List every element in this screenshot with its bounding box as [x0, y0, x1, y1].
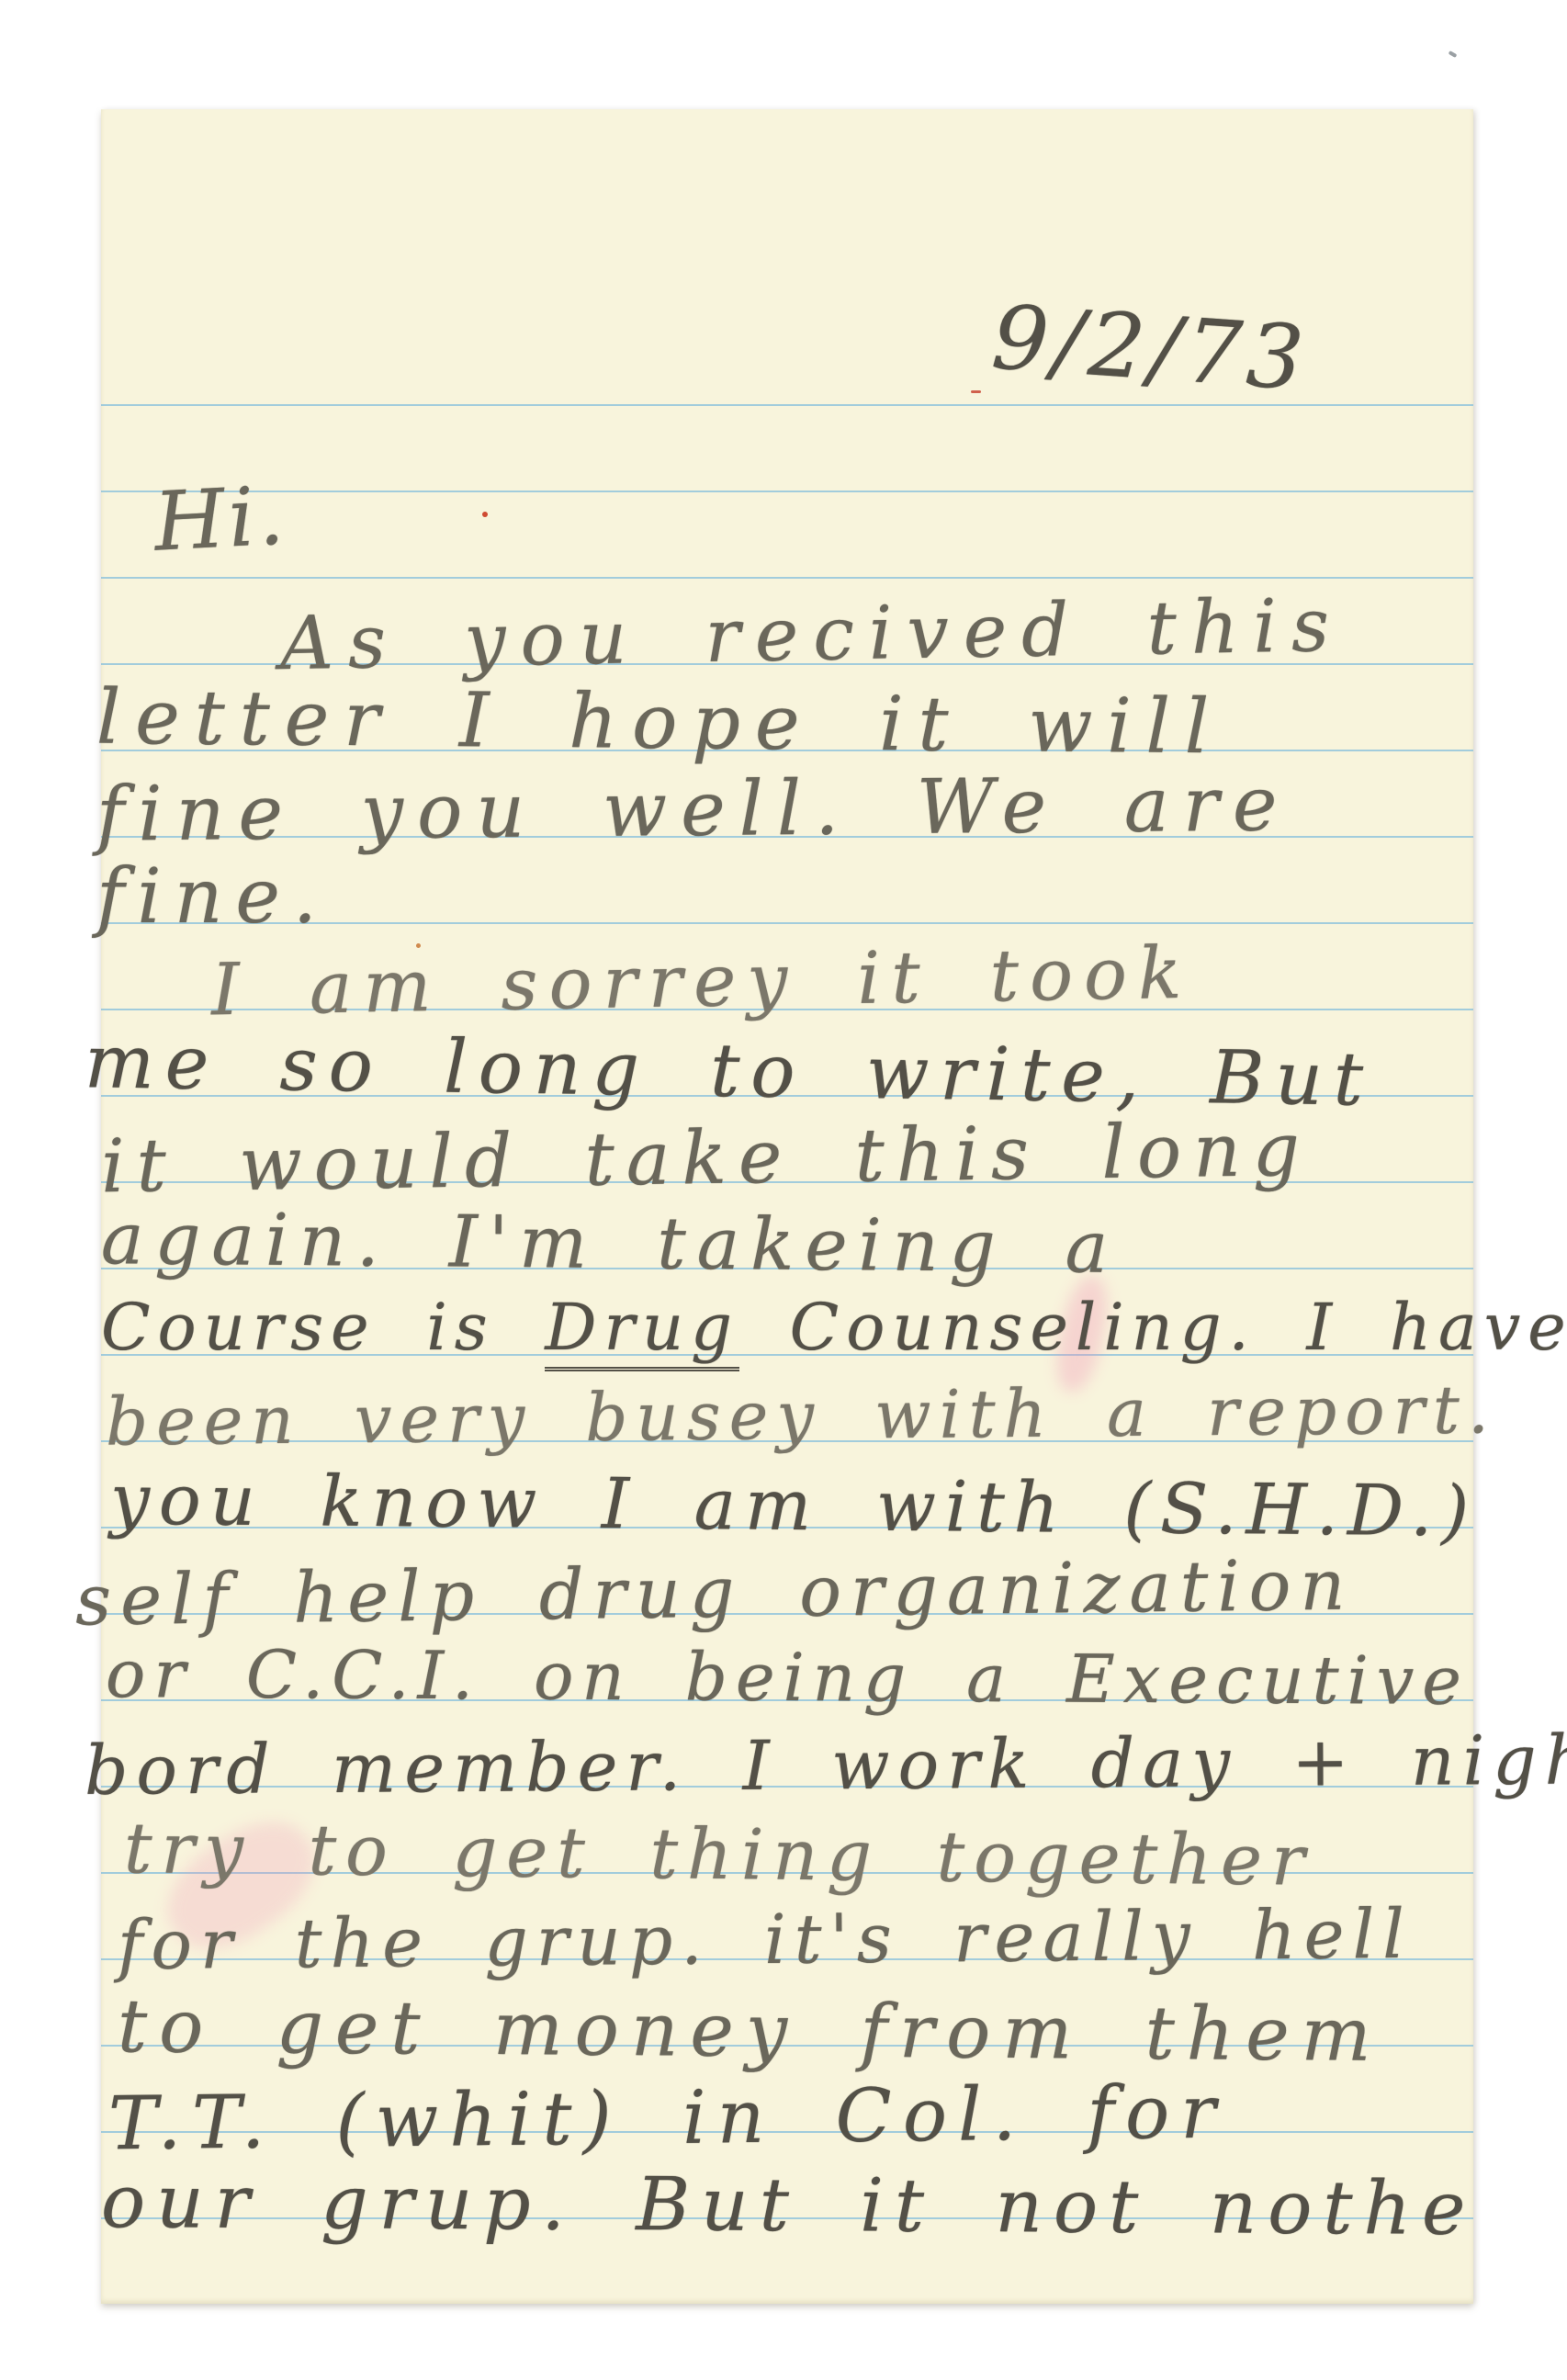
handwriting-line: our grup. But it not nothe: [101, 2163, 1477, 2248]
handwriting-line: for the grup. it's really hell: [118, 1900, 1413, 1982]
greeting: Hi.: [152, 473, 289, 565]
drug-line-post: Counseling. I have: [739, 1290, 1567, 1365]
handwriting-line: self help drug organization: [75, 1548, 1355, 1637]
handwriting-line: try to get thing together: [124, 1811, 1314, 1897]
paper-fleck: [1449, 51, 1458, 58]
handwriting-line-drug: Course is Drug Counseling. I have: [101, 1294, 1567, 1362]
handwriting-line: bord member. I work day + night: [85, 1725, 1567, 1807]
handwriting-line: you know I am with (S.H.D.): [110, 1463, 1479, 1549]
handwriting-line: me so long to write, But: [84, 1023, 1374, 1119]
ink-speck: [482, 512, 488, 517]
handwriting-line: T.T. (whit) in Col. for: [108, 2074, 1227, 2163]
handwriting-line: I am sorrey it took: [210, 937, 1193, 1030]
handwriting-line: As you recived this: [279, 587, 1344, 682]
handwriting-line: letter I hope it will: [96, 679, 1224, 768]
handwriting-line: fine.: [96, 858, 330, 937]
drug-line-pre: Course is: [101, 1290, 545, 1365]
handwriting-line: been very busey with a report.: [106, 1375, 1497, 1457]
handwriting-line: fine you well. We are: [96, 765, 1291, 854]
date: 9/2/73: [989, 291, 1312, 406]
handwriting-line: or C.C.I. on being a Executive: [106, 1640, 1470, 1716]
ink-speck: [971, 390, 981, 393]
handwriting-line: again. I'm takeing a: [101, 1202, 1120, 1287]
paper: 9/2/73 Hi. As you recived this letter I …: [101, 109, 1473, 2304]
handwriting-line: it would take this long: [100, 1111, 1312, 1205]
handwriting-line: to get money from them: [118, 1988, 1383, 2074]
underlined-word-drug: Drug: [545, 1290, 738, 1371]
